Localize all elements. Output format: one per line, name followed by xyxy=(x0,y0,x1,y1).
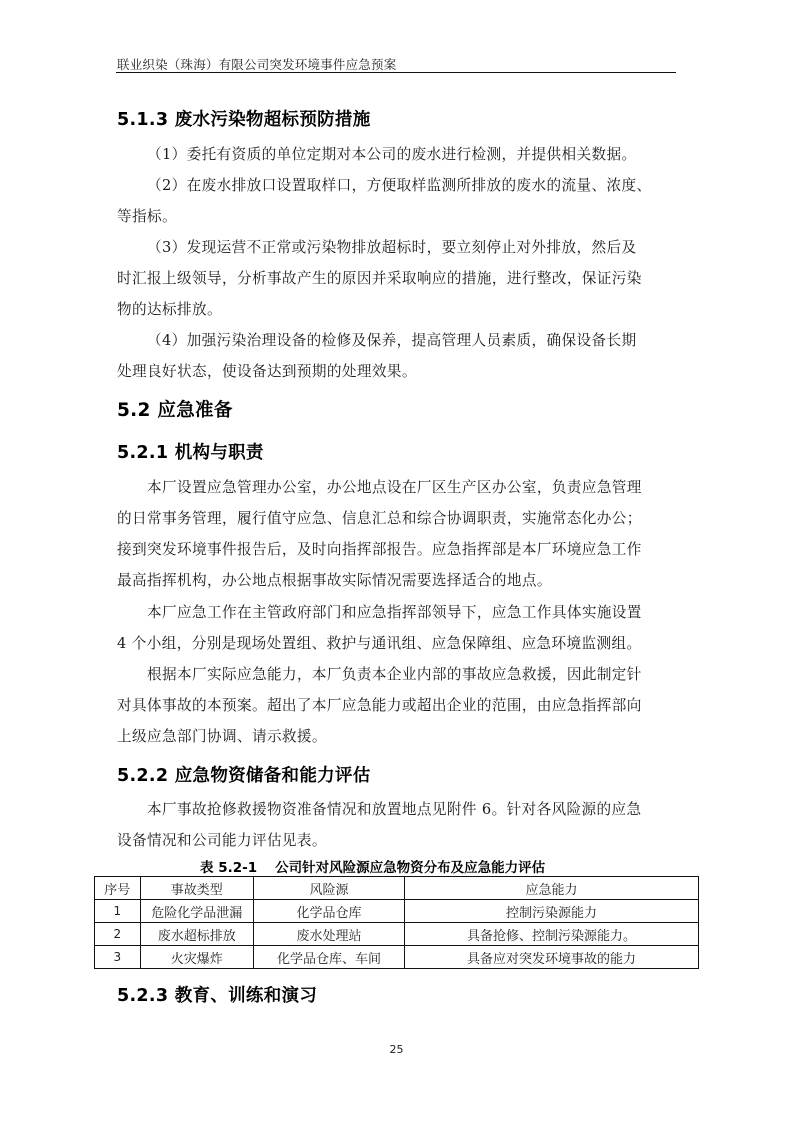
text-line: （4）加强污染治理设备的检修及保养，提高管理人员素质，确保设备长期 xyxy=(117,325,674,356)
cell-index: 3 xyxy=(95,946,141,969)
paragraph-5-2-1-3: 根据本厂实际应急能力，本厂负责本企业内部的事故应急救援，因此制定针 对具体事故的… xyxy=(117,659,674,752)
text-line: 对具体事故的本预案。超出了本厂应急能力或超出企业的范围，由应急指挥部向 xyxy=(117,690,674,721)
document-page: 联业织染（珠海）有限公司突发环境事件应急预案 5.1.3 废水污染物超标预防措施… xyxy=(0,0,793,1122)
page-number: 25 xyxy=(0,1043,793,1056)
cell-index: 2 xyxy=(95,923,141,946)
paragraph-5-1-3-item-4: （4）加强污染治理设备的检修及保养，提高管理人员素质，确保设备长期 处理良好状态… xyxy=(117,325,674,387)
paragraph-5-2-1-2: 本厂应急工作在主管政府部门和应急指挥部领导下，应急工作具体实施设置 4 个小组，… xyxy=(117,597,674,659)
table-caption-title: 公司针对风险源应急物资分布及应急能力评估 xyxy=(275,860,545,876)
header-rule xyxy=(116,72,676,73)
risk-capability-table: 序号 事故类型 风险源 应急能力 1 危险化学品泄漏 化学品仓库 控制污染源能力… xyxy=(94,876,699,969)
paragraph-5-1-3-item-1: （1）委托有资质的单位定期对本公司的废水进行检测，并提供相关数据。 xyxy=(117,139,674,170)
cell-index: 1 xyxy=(95,900,141,923)
paragraph-5-1-3-item-2: （2）在废水排放口设置取样口，方便取样监测所排放的废水的流量、浓度、 等指标。 xyxy=(117,170,674,232)
text-line: （2）在废水排放口设置取样口，方便取样监测所排放的废水的流量、浓度、 xyxy=(117,170,674,201)
cell-risk-source: 化学品仓库 xyxy=(254,900,405,923)
text-line: 根据本厂实际应急能力，本厂负责本企业内部的事故应急救援，因此制定针 xyxy=(117,659,674,690)
paragraph-5-2-1-1: 本厂设置应急管理办公室，办公地点设在厂区生产区办公室，负责应急管理 的日常事务管… xyxy=(117,472,674,596)
text-line: （1）委托有资质的单位定期对本公司的废水进行检测，并提供相关数据。 xyxy=(117,139,674,170)
text-line: 接到突发环境事件报告后，及时向指挥部报告。应急指挥部是本厂环境应急工作 xyxy=(117,534,674,565)
cell-capability: 具备应对突发环境事故的能力 xyxy=(404,946,698,969)
text-line: 最高指挥机构，办公地点根据事故实际情况需要选择适合的地点。 xyxy=(117,565,674,596)
heading-5-2-2: 5.2.2 应急物资储备和能力评估 xyxy=(117,762,371,787)
text-line: 4 个小组，分别是现场处置组、救护与通讯组、应急保障组、应急环境监测组。 xyxy=(117,628,674,659)
text-line: 本厂设置应急管理办公室，办公地点设在厂区生产区办公室，负责应急管理 xyxy=(117,472,674,503)
cell-accident-type: 火灾爆炸 xyxy=(140,946,253,969)
table-header-row: 序号 事故类型 风险源 应急能力 xyxy=(95,877,699,900)
heading-5-2-1: 5.2.1 机构与职责 xyxy=(117,439,264,464)
heading-5-2-3: 5.2.3 教育、训练和演习 xyxy=(117,982,317,1007)
cell-capability: 具备抢修、控制污染源能力。 xyxy=(404,923,698,946)
text-line: 物的达标排放。 xyxy=(117,294,674,325)
cell-accident-type: 危险化学品泄漏 xyxy=(140,900,253,923)
text-line: 本厂事故抢修救援物资准备情况和放置地点见附件 6。针对各风险源的应急 xyxy=(117,794,674,825)
cell-risk-source: 废水处理站 xyxy=(254,923,405,946)
column-header-capability: 应急能力 xyxy=(404,877,698,900)
text-line: 处理良好状态，使设备达到预期的处理效果。 xyxy=(117,356,674,387)
cell-accident-type: 废水超标排放 xyxy=(140,923,253,946)
running-header: 联业织染（珠海）有限公司突发环境事件应急预案 xyxy=(117,55,676,73)
text-line: 的日常事务管理，履行值守应急、信息汇总和综合协调职责，实施常态化办公； xyxy=(117,503,674,534)
text-line: 时汇报上级领导，分析事故产生的原因并采取响应的措施，进行整改，保证污染 xyxy=(117,263,674,294)
paragraph-5-1-3-item-3: （3）发现运营不正常或污染物排放超标时，要立刻停止对外排放，然后及 时汇报上级领… xyxy=(117,232,674,325)
table-row: 1 危险化学品泄漏 化学品仓库 控制污染源能力 xyxy=(95,900,699,923)
column-header-index: 序号 xyxy=(95,877,141,900)
heading-5-2: 5.2 应急准备 xyxy=(117,396,233,422)
heading-5-1-3: 5.1.3 废水污染物超标预防措施 xyxy=(117,106,371,131)
paragraph-5-2-2-1: 本厂事故抢修救援物资准备情况和放置地点见附件 6。针对各风险源的应急 设备情况和… xyxy=(117,794,674,856)
table-row: 2 废水超标排放 废水处理站 具备抢修、控制污染源能力。 xyxy=(95,923,699,946)
text-line: 本厂应急工作在主管政府部门和应急指挥部领导下，应急工作具体实施设置 xyxy=(117,597,674,628)
cell-risk-source: 化学品仓库、车间 xyxy=(254,946,405,969)
table-row: 3 火灾爆炸 化学品仓库、车间 具备应对突发环境事故的能力 xyxy=(95,946,699,969)
table-caption: 表 5.2-1公司针对风险源应急物资分布及应急能力评估 xyxy=(200,856,545,876)
text-line: 上级应急部门协调、请示救援。 xyxy=(117,721,674,752)
column-header-accident-type: 事故类型 xyxy=(140,877,253,900)
text-line: （3）发现运营不正常或污染物排放超标时，要立刻停止对外排放，然后及 xyxy=(117,232,674,263)
text-line: 设备情况和公司能力评估见表。 xyxy=(117,825,674,856)
column-header-risk-source: 风险源 xyxy=(254,877,405,900)
text-line: 等指标。 xyxy=(117,201,674,232)
cell-capability: 控制污染源能力 xyxy=(404,900,698,923)
table-caption-number: 表 5.2-1 xyxy=(200,860,257,876)
